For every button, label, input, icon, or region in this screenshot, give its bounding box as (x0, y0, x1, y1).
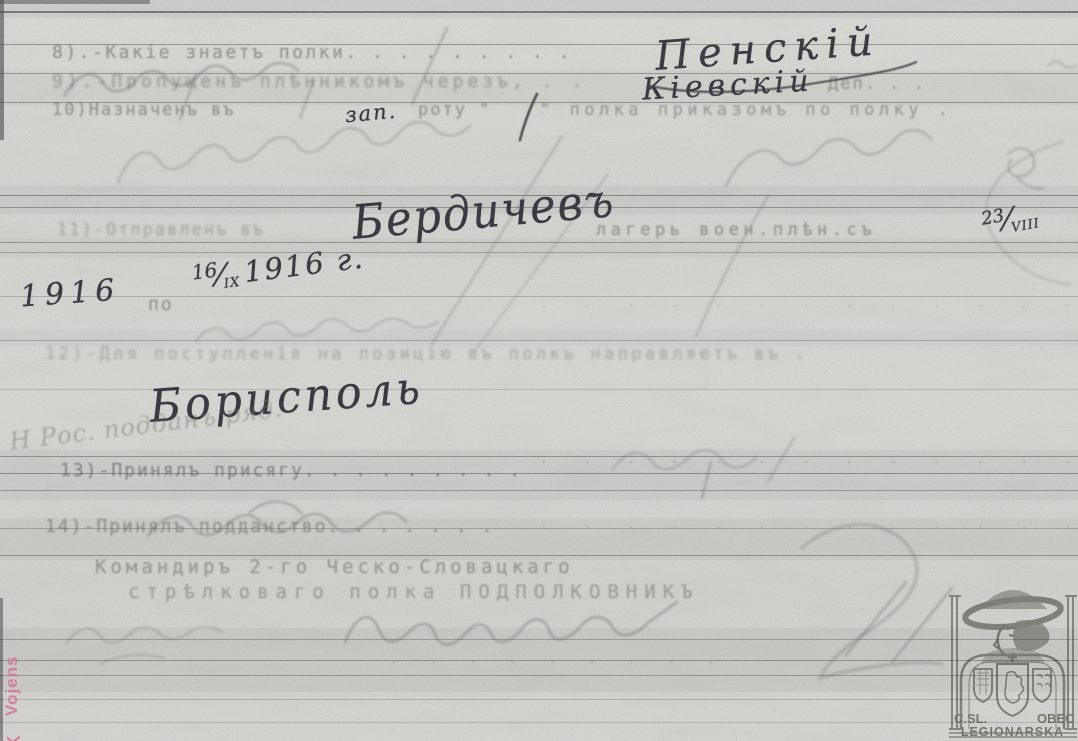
scan-line (0, 699, 1078, 700)
stamp-org-word: OBEC (1037, 711, 1075, 726)
pencil-margin-note: Н Рос. подданъ ряд. (8, 394, 284, 455)
typed-item-13: 13)-Принялъ присягу. . . . . . . . . (60, 460, 522, 481)
legion-archive-stamp: C.SL. OBEC LEGIONARSKA (947, 561, 1078, 739)
typed-leader-dots: . . . . . . . . . . . . . . . . . . . (540, 517, 1078, 532)
helmet-brim (964, 595, 1062, 631)
scan-line (0, 639, 1078, 640)
typed-item-8: 8).-Какіе знаетъ полки. . . . . . . . . (52, 42, 572, 63)
typed-item-10-b: роту " (418, 100, 491, 120)
corner-squiggle (1048, 61, 1076, 67)
typed-item-9-right: Деп. . . (828, 74, 926, 94)
typed-commander-line-1: Командиръ 2-го Ческо-Словацкаго (95, 556, 574, 578)
typed-item-11: 11)-Отправленъ въ (57, 220, 265, 240)
typed-item-12: 12)-Для поступленія на позицію въ полкъ … (45, 344, 809, 364)
typed-item-10-a: 10)Назначенъ въ (52, 100, 236, 120)
typed-po-label: по (148, 294, 174, 315)
scan-band (0, 0, 1078, 18)
typed-item-11-camp: лагерь воен.плѣн.съ (596, 220, 876, 240)
typed-leader-dots: . . . . . . . . . . . . . . . . . . . (540, 452, 1078, 467)
lion-emblem (1005, 672, 1024, 703)
scan-line (0, 340, 1078, 341)
stamp-org-abbr: C.SL. (954, 711, 987, 726)
edge-label-k: K (4, 735, 25, 741)
date-from-month: VIII (1010, 216, 1041, 236)
typed-item-9: 9).-Пропущенъ плѣнникомъ черезъ, . . (52, 71, 586, 92)
typed-item-10-c: " полка приказомъ по полку . (540, 100, 953, 120)
edge-shadow-top (0, 0, 150, 4)
scan-line (0, 675, 1078, 676)
scan-band (0, 238, 1078, 258)
stamp-org-name: LEGIONARSKA (961, 725, 1064, 739)
scanned-document: 8).-Какіе знаетъ полки. . . . . . . . . … (0, 0, 1078, 741)
handwritten-company-note: зап. (344, 99, 398, 127)
collar-shade (1013, 620, 1050, 651)
edge-label-vojens: Vojens (2, 656, 22, 716)
handwritten-year-start: 1916 (19, 273, 122, 315)
scan-line (0, 722, 1078, 723)
typed-bottom-dots: . . . . . . . . . (390, 652, 727, 667)
typed-commander-line-2: стрѣлковаго полка ПОДПОЛКОВНИКЪ (128, 581, 700, 603)
edge-shadow-left-top (0, 0, 4, 140)
diagonal-stroke (696, 196, 768, 336)
pencil-scrawl-top-right (726, 130, 932, 186)
typed-item-14: 14)-Принялъ подданство. . . . . . . (45, 516, 494, 537)
bleed-scrawl-mid (118, 122, 470, 182)
typed-leader-dots: . . . . . . . . . . . . . . . . . . . (540, 296, 1078, 311)
scan-line (0, 252, 1078, 253)
scan-line (0, 242, 1078, 243)
date-to-month: IX (223, 275, 241, 292)
scan-line (0, 490, 1078, 491)
pencil-spiral (1008, 148, 1044, 188)
legionnaire-bust (964, 590, 1062, 663)
date-to-day: 16 (190, 258, 218, 285)
scan-line (0, 11, 1078, 13)
